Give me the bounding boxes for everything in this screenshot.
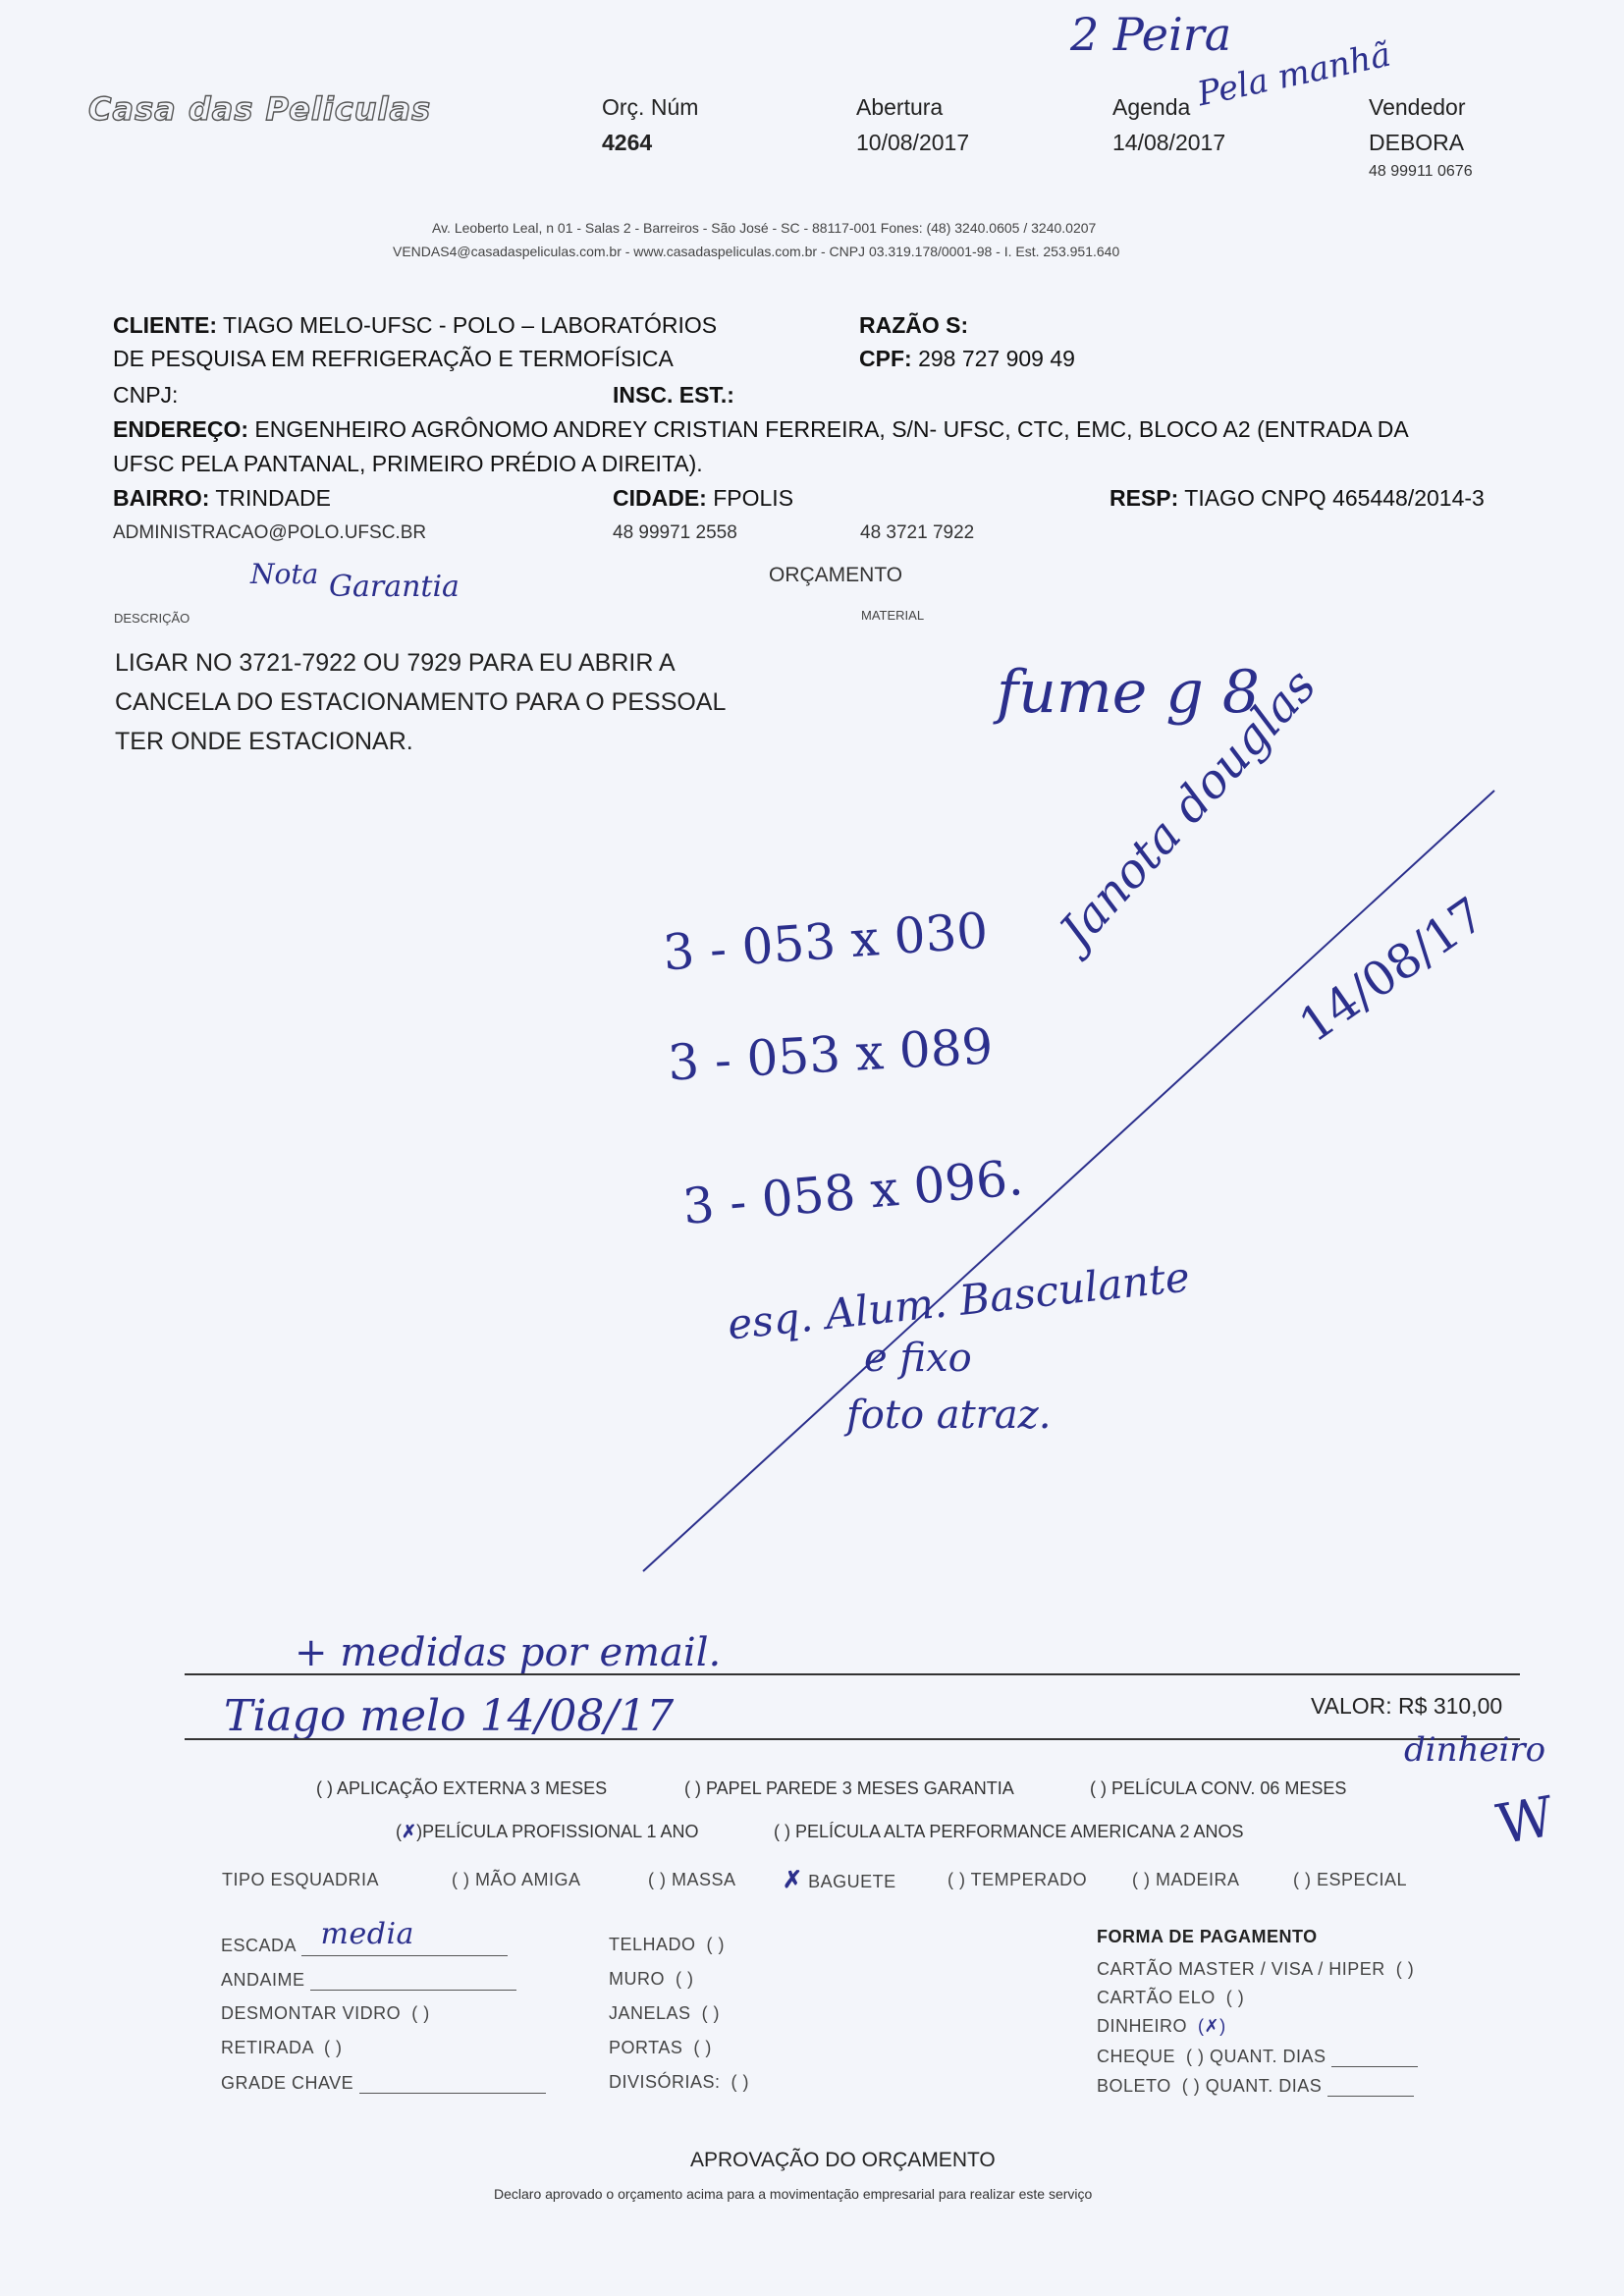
handwritten-signature-date: 14/08/17 — [1289, 887, 1494, 1054]
esquadria-option[interactable]: ( ) ESPECIAL — [1293, 1870, 1407, 1890]
vendedor-label: Vendedor — [1369, 94, 1465, 121]
esquadria-option-checked[interactable]: ✗ BAGUETE — [783, 1866, 896, 1894]
handwritten-note: esq. Alum. Basculante — [726, 1252, 1192, 1348]
payment-master-option[interactable]: CARTÃO MASTER / VISA / HIPER ( ) — [1097, 1959, 1414, 1980]
cliente-value-2: DE PESQUISA EM REFRIGERAÇÃO E TERMOFÍSIC… — [113, 346, 674, 372]
description-line: CANCELA DO ESTACIONAMENTO PARA O PESSOAL — [115, 683, 726, 722]
handwritten-note: foto atraz. — [846, 1393, 1051, 1438]
handwritten-initials: W — [1492, 1784, 1559, 1857]
handwritten-payment: dinheiro — [1404, 1730, 1545, 1770]
escada-field: ESCADA media — [221, 1935, 508, 1956]
orcamento-title: ORÇAMENTO — [769, 564, 902, 587]
cidade-value: FPOLIS — [713, 485, 793, 511]
measure-line: 3 - 053 x 030 — [661, 902, 990, 982]
retirada-option[interactable]: RETIRADA ( ) — [221, 2038, 343, 2058]
cliente-field: CLIENTE: TIAGO MELO-UFSC - POLO – LABORA… — [113, 312, 717, 339]
handwritten-agenda-note: 2 Peira — [1070, 8, 1231, 61]
esquadria-option[interactable]: ( ) MASSA — [648, 1870, 736, 1890]
bairro-value: TRINDADE — [215, 485, 331, 511]
valor-label: VALOR: — [1311, 1693, 1392, 1719]
andaime-input[interactable] — [310, 1969, 516, 1991]
handwritten-email-note: + medidas por email. — [295, 1630, 721, 1675]
measure-line: 3 - 058 x 096. — [680, 1149, 1025, 1235]
razao-label: RAZÃO S: — [859, 312, 968, 338]
handwritten-material: fume g 8 — [997, 658, 1260, 727]
cidade-label: CIDADE: — [613, 485, 707, 511]
divider — [185, 1738, 1520, 1740]
cnpj-label: CNPJ: — [113, 382, 178, 409]
client-email: ADMINISTRACAO@POLO.UFSC.BR — [113, 522, 426, 544]
grade-chave-input[interactable] — [359, 2072, 546, 2094]
client-phone-1: 48 99971 2558 — [613, 522, 737, 544]
vendedor-phone: 48 99911 0676 — [1369, 163, 1473, 181]
grade-chave-field: GRADE CHAVE — [221, 2072, 546, 2094]
handwritten-note: e fixo — [864, 1336, 972, 1381]
endereco-value: ENGENHEIRO AGRÔNOMO ANDREY CRISTIAN FERR… — [254, 416, 1408, 442]
portas-option[interactable]: PORTAS ( ) — [609, 2038, 712, 2058]
esquadria-option[interactable]: ( ) MÃO AMIGA — [452, 1870, 581, 1890]
check-mark-icon: ✗ — [783, 1867, 803, 1893]
escada-input[interactable]: media — [301, 1935, 508, 1956]
cheque-dias-input[interactable] — [1331, 2046, 1418, 2067]
warranty-option[interactable]: ( ) APLICAÇÃO EXTERNA 3 MESES — [316, 1778, 607, 1799]
endereco-value-2: UFSC PELA PANTANAL, PRIMEIRO PRÉDIO A DI… — [113, 451, 703, 477]
material-label: MATERIAL — [861, 608, 924, 623]
handwritten-garantia: Garantia — [329, 570, 460, 604]
telhado-option[interactable]: TELHADO ( ) — [609, 1935, 725, 1955]
insc-label: INSC. EST.: — [613, 382, 734, 408]
janelas-option[interactable]: JANELAS ( ) — [609, 2003, 720, 2024]
company-address: Av. Leoberto Leal, n 01 - Salas 2 - Barr… — [432, 220, 1096, 236]
approval-title: APROVAÇÃO DO ORÇAMENTO — [690, 2149, 996, 2172]
agenda-label: Agenda — [1112, 94, 1190, 121]
divider — [185, 1673, 1520, 1675]
handwritten-nota: Nota — [250, 558, 318, 590]
warranty-option[interactable]: ( ) PAPEL PAREDE 3 MESES GARANTIA — [684, 1778, 1014, 1799]
abertura-value: 10/08/2017 — [856, 130, 969, 156]
esquadria-option[interactable]: ( ) MADEIRA — [1132, 1870, 1240, 1890]
company-logo: Casa das Peliculas — [88, 90, 431, 128]
orc-num-value: 4264 — [602, 130, 652, 156]
cpf-value: 298 727 909 49 — [918, 346, 1075, 371]
desmontar-vidro-option[interactable]: DESMONTAR VIDRO ( ) — [221, 2003, 430, 2024]
boleto-dias-input[interactable] — [1327, 2075, 1414, 2097]
bairro-label: BAIRRO: — [113, 485, 209, 511]
warranty-option[interactable]: ( ) PELÍCULA ALTA PERFORMANCE AMERICANA … — [774, 1822, 1243, 1842]
cliente-label: CLIENTE: — [113, 312, 217, 338]
approval-text: Declaro aprovado o orçamento acima para … — [494, 2186, 1092, 2202]
valor-value: R$ 310,00 — [1398, 1693, 1502, 1719]
divisorias-option[interactable]: DIVISÓRIAS: ( ) — [609, 2072, 749, 2093]
esquadria-label: TIPO ESQUADRIA — [222, 1870, 379, 1890]
muro-option[interactable]: MURO ( ) — [609, 1969, 694, 1990]
check-mark-icon: ✗ — [402, 1822, 416, 1841]
company-contact: VENDAS4@casadaspeliculas.com.br - www.ca… — [393, 244, 1119, 259]
payment-elo-option[interactable]: CARTÃO ELO ( ) — [1097, 1988, 1244, 2008]
vendedor-value: DEBORA — [1369, 130, 1464, 156]
resp-value: TIAGO CNPQ 465448/2014-3 — [1184, 485, 1485, 511]
descricao-label: DESCRIÇÃO — [114, 611, 189, 626]
valor-field: VALOR: R$ 310,00 — [1311, 1693, 1502, 1720]
agenda-value: 14/08/2017 — [1112, 130, 1225, 156]
handwritten-client-sign: Tiago melo 14/08/17 — [224, 1691, 674, 1741]
description-text: LIGAR NO 3721-7922 OU 7929 PARA EU ABRIR… — [115, 643, 726, 761]
measure-line: 3 - 053 x 089 — [667, 1017, 995, 1091]
warranty-option[interactable]: ( ) PELÍCULA CONV. 06 MESES — [1090, 1778, 1346, 1799]
orc-num-label: Orç. Núm — [602, 94, 698, 121]
cpf-label: CPF: — [859, 346, 912, 371]
warranty-option-checked[interactable]: (✗)PELÍCULA PROFISSIONAL 1 ANO — [396, 1822, 699, 1842]
andaime-field: ANDAIME — [221, 1969, 516, 1991]
payment-cheque-option[interactable]: CHEQUE ( ) QUANT. DIAS — [1097, 2046, 1418, 2067]
description-line: TER ONDE ESTACIONAR. — [115, 722, 726, 761]
payment-title: FORMA DE PAGAMENTO — [1097, 1927, 1318, 1947]
resp-label: RESP: — [1110, 485, 1178, 511]
endereco-label: ENDEREÇO: — [113, 416, 248, 442]
esquadria-option[interactable]: ( ) TEMPERADO — [947, 1870, 1087, 1890]
payment-boleto-option[interactable]: BOLETO ( ) QUANT. DIAS — [1097, 2075, 1414, 2097]
description-line: LIGAR NO 3721-7922 OU 7929 PARA EU ABRIR… — [115, 643, 726, 683]
payment-dinheiro-option[interactable]: DINHEIRO (✗) — [1097, 2016, 1226, 2037]
abertura-label: Abertura — [856, 94, 943, 121]
client-phone-2: 48 3721 7922 — [860, 522, 974, 544]
cliente-value: TIAGO MELO-UFSC - POLO – LABORATÓRIOS — [223, 312, 717, 338]
